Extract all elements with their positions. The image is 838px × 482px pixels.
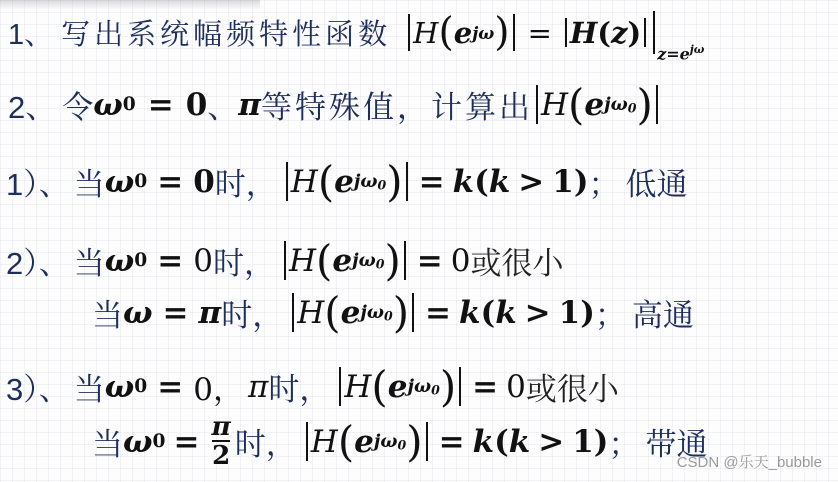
omega-symbol: ω bbox=[105, 243, 135, 279]
step-2-ling: 令 bbox=[62, 82, 93, 127]
equals-sign: = bbox=[148, 87, 174, 123]
zero-value: 0 bbox=[451, 243, 471, 279]
pi-value: π bbox=[238, 87, 261, 123]
result-k: k(k>1) bbox=[453, 164, 589, 200]
omega-subscript: 0 bbox=[153, 431, 166, 452]
abs-bar-right bbox=[513, 14, 515, 50]
omega-value: 0 bbox=[193, 164, 215, 200]
dang-text: 当 bbox=[74, 238, 105, 283]
equals-sign: = bbox=[439, 424, 465, 460]
equals-sign: = bbox=[173, 424, 199, 460]
shi-text: 时， bbox=[213, 238, 275, 283]
shi-text: 时， bbox=[221, 290, 283, 335]
step-2-line: 2、 令 ω 0 = 0 、 π 等特殊值，计算出 H(ejω0) bbox=[8, 80, 661, 129]
case-3-row-2: 当 ω 0 = π 2 时， H(ejω0) = k(k>1) ； 带通 bbox=[92, 414, 707, 470]
magnitude-at-w0: H(ejω0) bbox=[281, 236, 409, 285]
or-very-small-text: 或很小 bbox=[526, 364, 619, 409]
H-symbol: H bbox=[413, 16, 438, 50]
omega-symbol: ω bbox=[105, 164, 135, 200]
z-symbol: z bbox=[611, 16, 627, 50]
magnitude-at-w0: H(ejω0) bbox=[533, 80, 661, 129]
filter-type-highpass: 高通 bbox=[632, 290, 694, 335]
equals-sign: = bbox=[417, 243, 443, 279]
semicolon: ； bbox=[588, 159, 619, 204]
case-3-index: 3）、 bbox=[6, 364, 70, 409]
case-2-row-1: 2）、 当 ω 0 = 0 时， H(ejω0) = 0 或很小 bbox=[6, 236, 564, 285]
equals-sign: = bbox=[163, 295, 189, 331]
shi-text: 时， bbox=[235, 419, 297, 464]
equals-sign: = bbox=[528, 16, 552, 50]
shi-text: 时， bbox=[215, 159, 277, 204]
pi-value: π bbox=[248, 369, 268, 405]
omega-symbol: ω bbox=[123, 295, 153, 331]
dang-text: 当 bbox=[74, 159, 105, 204]
top-shadow bbox=[0, 0, 260, 10]
dang-text: 当 bbox=[74, 364, 105, 409]
case-1-lowpass: 1）、 当 ω 0 = 0 时， H(ejω0) = k(k>1) ； 低通 bbox=[6, 157, 687, 206]
omega-symbol: ω bbox=[123, 424, 153, 460]
filter-type-lowpass: 低通 bbox=[625, 159, 687, 204]
equals-sign: = bbox=[419, 164, 445, 200]
omega-symbol: ω bbox=[105, 369, 135, 405]
zero-value: 0 bbox=[506, 369, 526, 405]
semicolon: ； bbox=[608, 419, 639, 464]
magnitude-at-w0: H(ejω0) bbox=[303, 417, 431, 466]
abs-bar-right bbox=[644, 18, 646, 47]
equals-sign: = bbox=[472, 369, 498, 405]
shi-text: 时， bbox=[268, 364, 330, 409]
step-1-line: 1、 写出系统幅频特性函数 H ( e jω ) = H (z) z=ejω bbox=[8, 10, 704, 55]
semicolon: ； bbox=[595, 290, 626, 335]
omega-subscript: 0 bbox=[123, 94, 136, 115]
or-very-small-text: 或很小 bbox=[471, 238, 564, 283]
evaluation-bar bbox=[653, 11, 655, 55]
case-3-row-1: 3）、 当 ω 0 = 0， π 时， H(ejω0) = 0 或很小 bbox=[6, 362, 619, 411]
magnitude-response-formula: H ( e jω ) = H (z) z=ejω bbox=[405, 10, 704, 55]
omega-subscript: 0 bbox=[134, 376, 147, 397]
zero-value: 0 bbox=[186, 87, 208, 123]
dang-text: 当 bbox=[92, 290, 123, 335]
step-1-index: 1、 bbox=[8, 12, 53, 53]
exponent-jw: jω bbox=[472, 23, 494, 43]
omega-value-zero: 0， bbox=[193, 364, 244, 409]
abs-bar-left bbox=[408, 14, 410, 50]
equals-sign: = bbox=[425, 295, 451, 331]
step-2-text: 等特殊值，计算出 bbox=[261, 82, 533, 127]
case-2-index: 2）、 bbox=[6, 238, 70, 283]
result-k: k(k>1) bbox=[459, 295, 595, 331]
equals-sign: = bbox=[157, 164, 183, 200]
csdn-watermark: CSDN @乐天_bubble bbox=[677, 451, 822, 472]
equals-sign: = bbox=[157, 369, 183, 405]
pi-value: π bbox=[199, 295, 222, 331]
omega-subscript: 0 bbox=[134, 250, 147, 271]
case-1-index: 1）、 bbox=[6, 159, 70, 204]
abs-bar-left bbox=[565, 18, 567, 47]
omega-subscript: 0 bbox=[134, 171, 147, 192]
pi-over-2-fraction: π 2 bbox=[211, 414, 230, 470]
H-symbol: H bbox=[570, 16, 597, 50]
separator: 、 bbox=[207, 82, 238, 127]
equals-sign: = bbox=[157, 243, 183, 279]
magnitude-at-w0: H(ejω0) bbox=[283, 157, 411, 206]
result-k: k(k>1) bbox=[473, 424, 609, 460]
step-2-index: 2、 bbox=[8, 82, 56, 127]
case-2-row-2: 当 ω = π 时， H(ejω0) = k(k>1) ； 高通 bbox=[92, 288, 694, 337]
e-symbol: e bbox=[454, 16, 472, 50]
magnitude-at-w0: H(ejω0) bbox=[336, 362, 464, 411]
step-1-text: 写出系统幅频特性函数 bbox=[61, 12, 391, 53]
omega-value: 0 bbox=[193, 243, 213, 279]
omega-symbol: ω bbox=[93, 87, 123, 123]
dang-text: 当 bbox=[92, 419, 123, 464]
evaluation-subscript: z=ejω bbox=[657, 43, 704, 63]
magnitude-at-w0: H(ejω0) bbox=[289, 288, 417, 337]
